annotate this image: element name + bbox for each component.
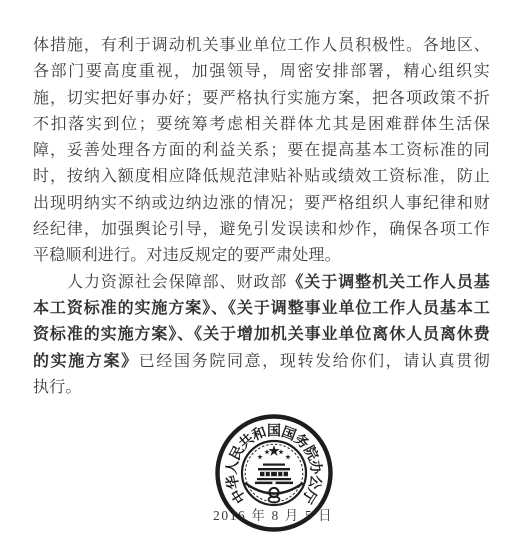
doc-title-run: 的实施方案》 <box>33 353 139 370</box>
text-line: 平稳顺利进行。对违反规定的要严肃处理。 <box>33 243 490 269</box>
text-line: 障，妥善处理各方面的利益关系；要在提高基本工资标准的同 <box>33 138 490 164</box>
text-line: 本工资标准的实施方案》、《关于调整事业单位工作人员基本工 <box>33 296 490 322</box>
text-run: 已经国务院同意，现转发给你们，请认真贯彻 <box>139 353 490 370</box>
text-line: 时，按纳入额度相应降低规范津贴补贴或绩效工资标准，防止 <box>33 164 490 190</box>
text-line: 施，切实把好事办好；要严格执行实施方案，把各项政策不折 <box>33 86 490 112</box>
text-line: 各部门要高度重视，加强领导，周密安排部署，精心组织实 <box>33 59 490 85</box>
text-line: 的实施方案》已经国务院同意，现转发给你们，请认真贯彻 <box>33 349 490 375</box>
doc-title-run: 《关于调整机关工作人员基 <box>287 274 490 291</box>
national-emblem-icon <box>242 441 306 505</box>
paragraph-continuation: 体措施，有利于调动机关事业单位工作人员积极性。各地区、 各部门要高度重视，加强领… <box>33 33 490 270</box>
text-run: 执行。 <box>33 379 82 396</box>
text-line: 经纪律，加强舆论引导，避免引发误读和炒作，确保各项工作 <box>33 217 490 243</box>
document-page: 体措施，有利于调动机关事业单位工作人员积极性。各地区、 各部门要高度重视，加强领… <box>0 0 519 541</box>
text-run: 人力资源社会保障部、财政部 <box>67 274 287 291</box>
doc-title-run: 本工资标准的实施方案》、《关于调整事业单位工作人员基本工 <box>33 300 490 317</box>
official-seal: 中华人民共和国国务院办公厅 <box>212 411 336 535</box>
seal-ring-char: 华 <box>223 473 243 490</box>
paragraph-forward-notice: 人力资源社会保障部、财政部《关于调整机关工作人员基 本工资标准的实施方案》、《关… <box>33 270 490 401</box>
text-line: 体措施，有利于调动机关事业单位工作人员积极性。各地区、 <box>33 33 490 59</box>
doc-title-run: 资标准的实施方案》、《关于增加机关事业单位离休人员离休费 <box>33 326 490 343</box>
text-line: 资标准的实施方案》、《关于增加机关事业单位离休人员离休费 <box>33 322 490 348</box>
body-text: 体措施，有利于调动机关事业单位工作人员积极性。各地区、 各部门要高度重视，加强领… <box>33 33 490 401</box>
text-line: 出现明纳实不纳或边纳边涨的情况；要严格组织人事纪律和财 <box>33 191 490 217</box>
text-line: 执行。 <box>33 375 490 401</box>
seal-ring-char: 国 <box>267 423 281 440</box>
text-line: 不扣落实到位；要统筹考虑相关群体尤其是困难群体生活保 <box>33 112 490 138</box>
text-line: 人力资源社会保障部、财政部《关于调整机关工作人员基 <box>33 270 490 296</box>
